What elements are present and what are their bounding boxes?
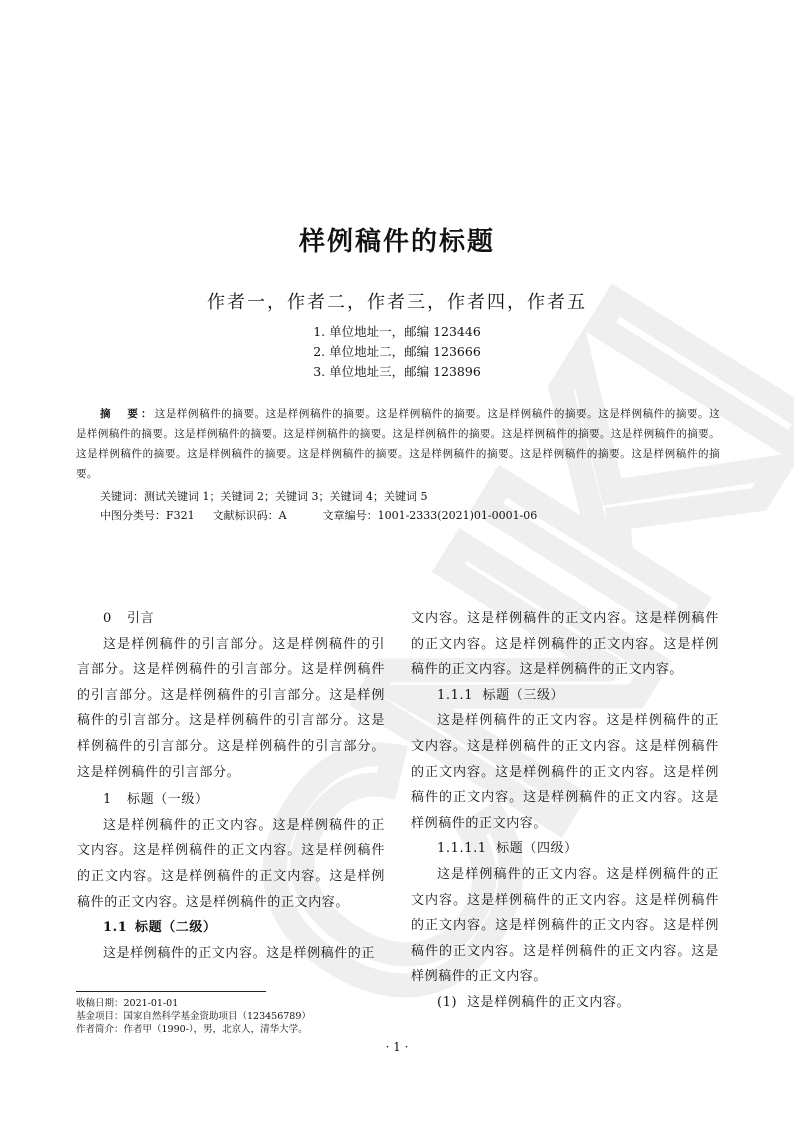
affiliation-item: 3. 单位地址三，邮编 123896 xyxy=(0,362,794,382)
item-number: (1) xyxy=(437,990,467,1016)
left-column: 0引言 这是样例稿件的引言部分。这是样例稿件的引言部分。这是样例稿件的引言部分。… xyxy=(77,606,385,966)
body-paragraph: 这是样例稿件的正文内容。这是样例稿件的正文内容。这是样例稿件的正文内容。这是样例… xyxy=(411,708,719,836)
page-number: · 1 · xyxy=(0,1040,794,1054)
clc-label: 中图分类号： xyxy=(100,509,166,522)
section-number: 1 xyxy=(103,787,127,813)
section-title: 标题（一级） xyxy=(127,792,209,807)
section-number: 1.1 xyxy=(103,915,135,941)
affiliation-list: 1. 单位地址一，邮编 123446 2. 单位地址二，邮编 123666 3.… xyxy=(0,322,794,382)
footnote-fund: 基金项目：国家自然科学基金资助项目（123456789） xyxy=(76,1010,311,1023)
keywords-text: 测试关键词 1；关键词 2；关键词 3；关键词 4；关键词 5 xyxy=(144,490,427,503)
author-list: 作者一，作者二，作者三，作者四，作者五 xyxy=(0,288,794,314)
body-paragraph: 这是样例稿件的正文内容。这是样例稿件的正文内容。这是样例稿件的正文内容。这是样例… xyxy=(411,862,719,990)
doc-code-value: A xyxy=(279,509,287,522)
section-title: 引言 xyxy=(127,611,154,626)
article-no-value: 1001-2333(2021)01-0001-06 xyxy=(378,509,538,522)
section-heading-1: 1标题（一级） xyxy=(77,787,385,813)
footnote-divider xyxy=(76,991,266,992)
numbered-item: (1)这是样例稿件的正文内容。 xyxy=(411,990,719,1016)
footnote-received-date: 收稿日期：2021-01-01 xyxy=(76,997,311,1010)
keywords-label: 关键词： xyxy=(100,490,144,503)
abstract: 摘 要：这是样例稿件的摘要。这是样例稿件的摘要。这是样例稿件的摘要。这是样例稿件… xyxy=(76,404,720,484)
body-paragraph: 这是样例稿件的正文内容。这是样例稿件的正文内容。这是样例稿件的正文内容。这是样例… xyxy=(77,813,385,915)
affiliation-item: 2. 单位地址二，邮编 123666 xyxy=(0,342,794,362)
body-paragraph-continued: 文内容。这是样例稿件的正文内容。这是样例稿件的正文内容。这是样例稿件的正文内容。… xyxy=(411,606,719,683)
abstract-text: 这是样例稿件的摘要。这是样例稿件的摘要。这是样例稿件的摘要。这是样例稿件的摘要。… xyxy=(76,408,720,480)
section-heading-1-1-1-1: 1.1.1.1 标题（四级） xyxy=(411,836,719,862)
section-heading-1-1: 1.1标题（二级） xyxy=(77,915,385,941)
article-no-label: 文章编号： xyxy=(323,509,378,522)
section-title: 标题（二级） xyxy=(135,920,217,935)
abstract-label: 摘 要： xyxy=(100,408,155,420)
clc-value: F321 xyxy=(166,509,195,522)
item-text: 这是样例稿件的正文内容。 xyxy=(467,995,630,1010)
keywords: 关键词：测试关键词 1；关键词 2；关键词 3；关键词 4；关键词 5 xyxy=(100,487,427,506)
section-heading-1-1-1: 1.1.1 标题（三级） xyxy=(411,683,719,709)
affiliation-item: 1. 单位地址一，邮编 123446 xyxy=(0,322,794,342)
doc-code-label: 文献标识码： xyxy=(213,509,279,522)
footnotes: 收稿日期：2021-01-01 基金项目：国家自然科学基金资助项目（123456… xyxy=(76,997,311,1036)
right-column: 文内容。这是样例稿件的正文内容。这是样例稿件的正文内容。这是样例稿件的正文内容。… xyxy=(411,606,719,1016)
paper-title: 样例稿件的标题 xyxy=(0,221,794,258)
intro-paragraph: 这是样例稿件的引言部分。这是样例稿件的引言部分。这是样例稿件的引言部分。这是样例… xyxy=(77,632,385,786)
section-number: 0 xyxy=(103,606,127,632)
classification-line: 中图分类号：F321文献标识码：A文章编号：1001-2333(2021)01-… xyxy=(100,506,537,525)
footnote-author-bio: 作者简介：作者甲（1990-），男，北京人，清华大学。 xyxy=(76,1023,311,1036)
body-paragraph: 这是样例稿件的正文内容。这是样例稿件的正 xyxy=(77,941,385,967)
section-heading-0: 0引言 xyxy=(77,606,385,632)
